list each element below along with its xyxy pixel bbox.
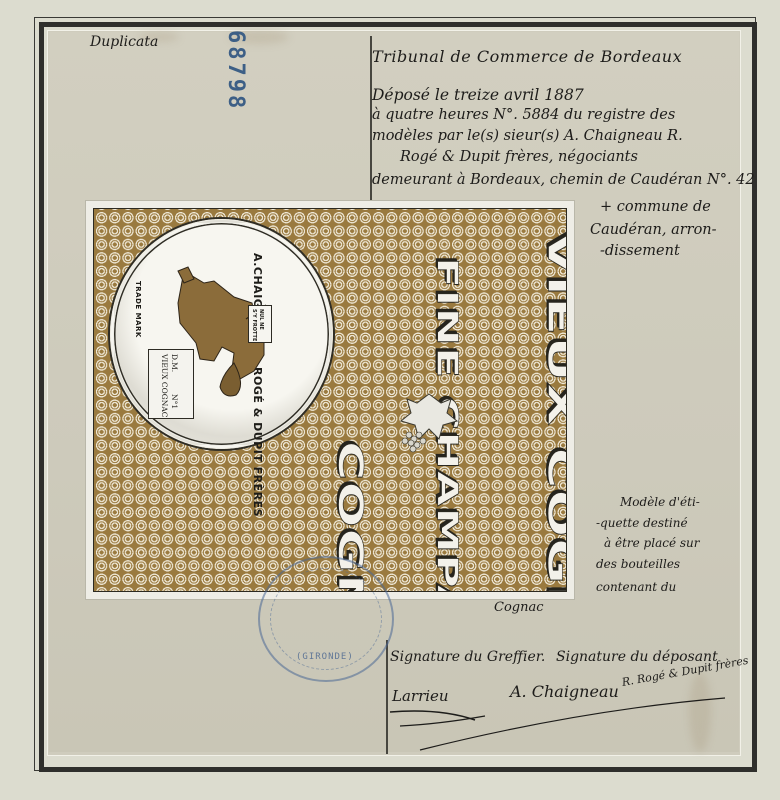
official-stamp: (GIRONDE)	[258, 556, 394, 682]
stamp-text: (GIRONDE)	[296, 652, 354, 662]
declaration-line: demeurant à Bordeaux, chemin de Caudéran…	[372, 172, 755, 188]
declaration-line: Caudéran, arron-	[590, 222, 717, 238]
description-note-line: -quette destiné	[596, 516, 688, 530]
declaration-line: modèles par le(s) sieur(s) A. Chaigneau …	[372, 128, 683, 144]
label-main-title: VIEUX COGNAC	[540, 231, 567, 592]
crate-product: VIEUX COGNAC	[160, 354, 169, 418]
serial-number-stamp: 68798	[223, 30, 248, 111]
trademark-medallion: A.CHAIGNEAU, R.ROGÉ & DUPIT FRÈRES TRADE…	[110, 219, 333, 449]
description-note-line: des bouteilles	[596, 557, 680, 571]
declaration-line: + commune de	[600, 199, 711, 215]
court-title: Tribunal de Commerce de Bordeaux	[372, 47, 682, 66]
greffier-signature-label: Signature du Greffier.	[390, 649, 545, 665]
declaration-line: Rogé & Dupit frères, négociants	[400, 149, 638, 165]
crate-mark: D.M.	[170, 354, 179, 372]
sign-line: S'Y FROTTE	[251, 309, 257, 341]
declaration-line: -dissement	[600, 243, 680, 259]
declaration-line: Déposé le treize avril 1887	[372, 86, 584, 104]
sign-line: NUL NE	[258, 309, 264, 330]
duplicata-note: Duplicata	[90, 34, 158, 50]
grape-vine-icon	[399, 389, 459, 459]
cognac-crate: D.M. VIEUX COGNAC N°1	[148, 349, 194, 419]
trade-mark-text: TRADE MARK	[134, 281, 142, 338]
product-note: Cognac	[494, 600, 544, 615]
description-note-line: Modèle d'éti-	[620, 495, 700, 509]
description-note-line: à être placé sur	[604, 536, 699, 550]
crate-number: N°1	[170, 394, 179, 409]
dog-sign-board: NUL NE S'Y FROTTE	[248, 305, 272, 343]
label-pattern-field: VIEUX COGNAC FINE CHAMPAGNE COGNAC A.CHA…	[93, 208, 567, 592]
description-note-line: contenant du	[596, 580, 676, 594]
signature-flourish-icon	[380, 690, 740, 760]
declaration-line: à quatre heures N°. 5884 du registre des	[372, 107, 675, 123]
cognac-label: VIEUX COGNAC FINE CHAMPAGNE COGNAC A.CHA…	[86, 201, 574, 599]
